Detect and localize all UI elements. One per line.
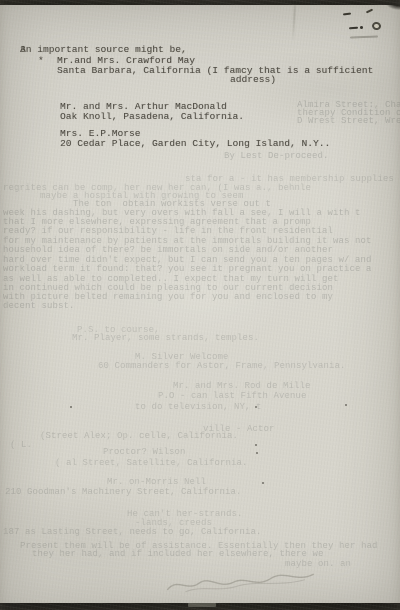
scan-corner-shadow [384,0,400,10]
entry1-address-line2: address) [230,75,276,85]
paper-fleck [256,452,258,454]
pencil-mark [366,9,373,14]
pencil-mark [349,27,358,30]
pencil-mark [360,26,363,29]
paper-fleck [255,406,257,408]
ghost-text-line: By Lest De-proceed. [224,152,329,161]
ghost-text-line: 187 as Lasting Street, needs to go, Cali… [3,528,262,537]
ghost-text-line: Mr. Player, some strands, temples. [72,334,259,343]
ghost-text-line: household idea of there? be immortals on… [3,246,333,255]
entry1-marker: * [38,56,44,66]
ghost-text-line: ( al Street, Satellite, California. [55,459,248,468]
paper-crease [292,4,296,42]
paper-fleck [345,404,347,406]
ghost-text-line: 210 Goodman's Machinery Street, Californ… [5,488,242,497]
paper-fleck [70,406,72,408]
entry2-address-line1: Oak Knoll, Pasadena, California. [60,112,244,122]
ghost-text-line: Mr. on-Morris Nell [107,478,206,487]
ghost-text-line: to do television, NY, t [135,403,262,412]
ghost-text-line: ready? if our responsibility - life in t… [3,227,333,236]
signature-scrawl-ghost [162,564,318,598]
pencil-mark [343,12,351,15]
ghost-text-line: workload term it found: that? you see it… [3,265,372,274]
entry3-address-line1: 20 Cedar Place, Garden City, Long Island… [60,139,330,149]
ghost-text-line: P.O - can last Fifth Avenue [158,392,307,401]
ghost-text-line: ( L. [10,441,32,450]
ghost-text-line: decent subst. [3,302,75,311]
paper-fleck [262,482,264,484]
ghost-text-line: D Wrest Street, Wrenc. [297,117,400,126]
scan-edge-notch [188,603,216,607]
scan-edge-top [0,0,400,5]
entry1-address-line1: Santa Barbara, California (I famcy that … [57,66,373,76]
scanned-letter-page: Almira Street:, Chata.therapy Condition … [0,0,400,610]
ghost-text-line: they her had, and if included her elsewh… [32,550,324,559]
paper-fleck [255,444,257,446]
ink-blot [371,21,381,31]
intro-line: An important source might be, [20,45,187,55]
pencil-mark [350,36,378,38]
ghost-text-line: Proctor? Wilson [103,448,186,457]
ghost-text-line: Mr. and Mrs. Rod de Mille [173,382,311,391]
ghost-text-line: 60 Commanders for Astor, Frame, Pennsylv… [98,362,346,371]
ghost-text-line: (Street Alex; Op. celle, California. [40,432,238,441]
